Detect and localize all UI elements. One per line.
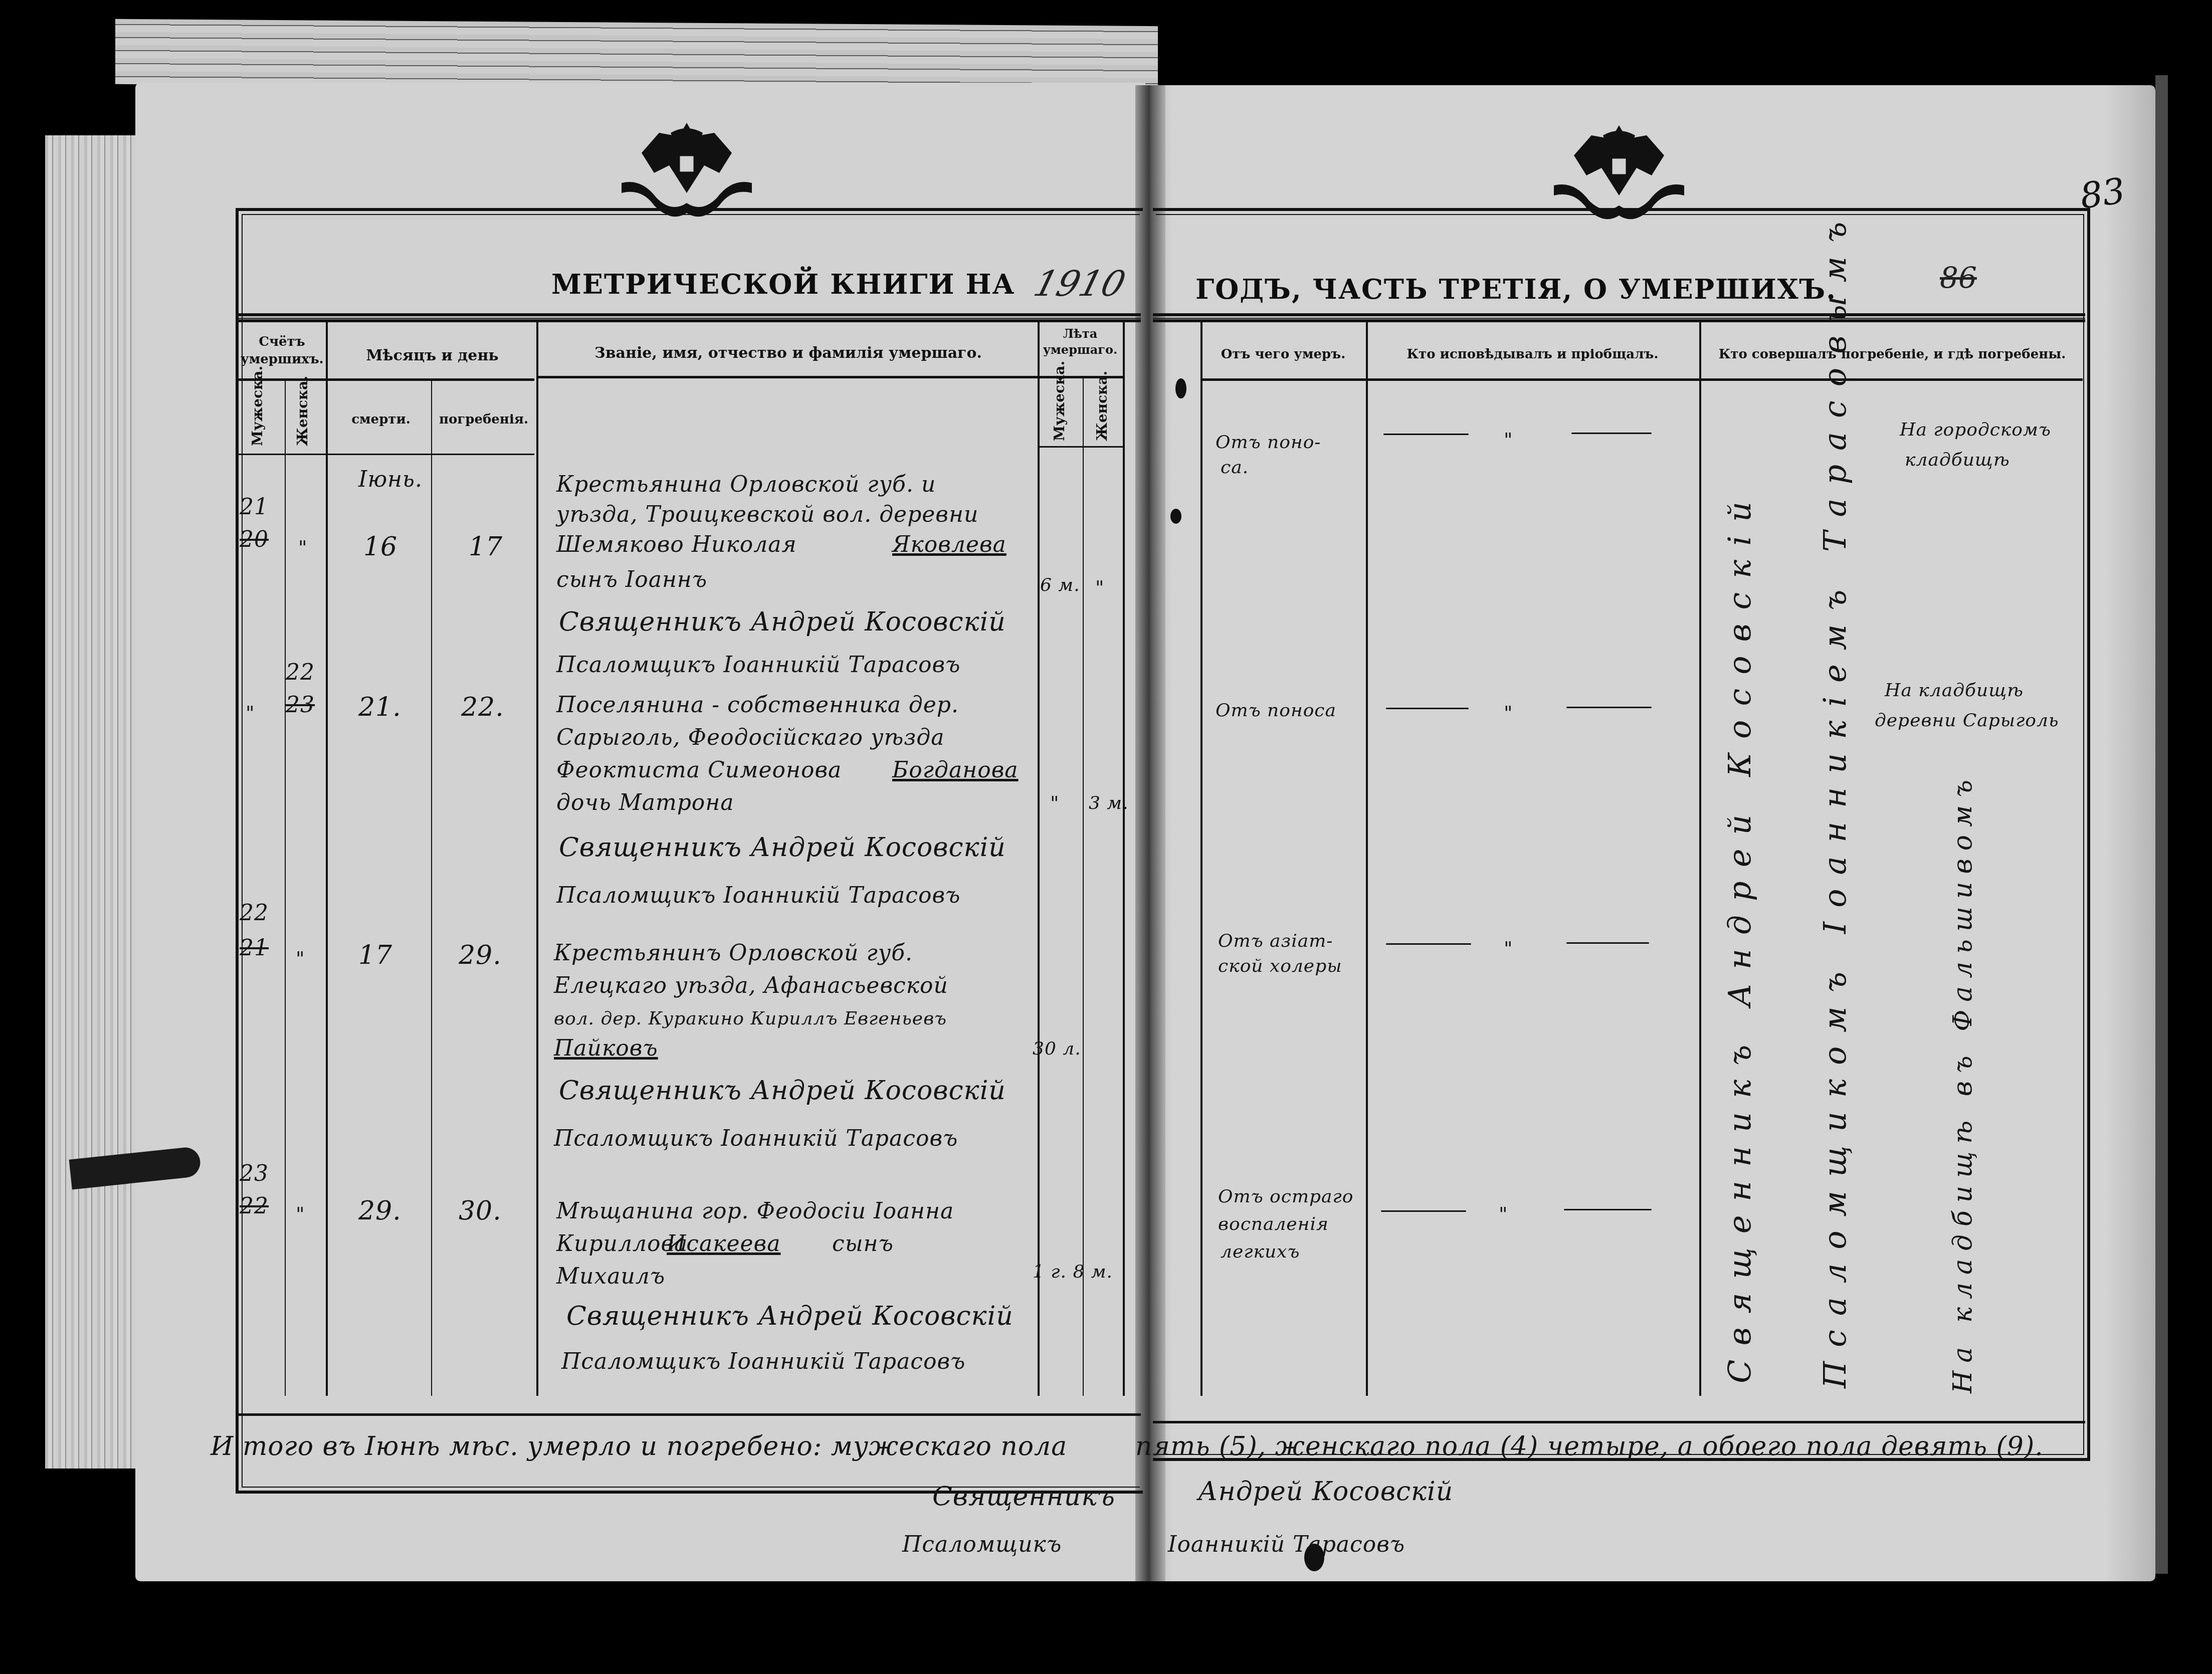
- surname: Богданова: [892, 757, 1019, 783]
- page-stack-left: [45, 135, 150, 1469]
- col-divider: [1123, 321, 1125, 1396]
- col-divider: [1038, 321, 1040, 1396]
- burial-place: деревни Сарыголь: [1875, 712, 2059, 730]
- age-male: ": [1050, 792, 1059, 814]
- death-day: 29.: [358, 1198, 401, 1224]
- page-title-left: Метрической книги на: [551, 268, 1015, 300]
- open-register-book: Метрической книги на 1910 годъ, часть тр…: [0, 0, 2212, 1674]
- ditto-mark: ": [1504, 429, 1512, 451]
- son-word: сынъ: [832, 1233, 894, 1255]
- signature-priest: Священникъ Андрей Косовскій: [559, 609, 1006, 635]
- header-burial-date: погребенія.: [434, 411, 534, 429]
- death-day: 16: [363, 534, 397, 560]
- name-line: Михаилъ: [556, 1266, 665, 1288]
- header-rule-right: [1153, 313, 2085, 322]
- cause-of-death: Отъ азіат-: [1218, 932, 1333, 950]
- age-male: 1 г. 8 м.: [1033, 1263, 1113, 1281]
- age-male: 30 л.: [1033, 1040, 1081, 1058]
- col-divider: [1200, 321, 1202, 1396]
- final-priest-name: Андрей Косовскій: [1198, 1479, 1453, 1505]
- name-line: сынъ Іоаннъ: [556, 569, 707, 591]
- header-month-day: Мѣсяцъ и день: [331, 346, 534, 366]
- name-line: Елецкаго уѣзда, Афанасьевской: [554, 975, 948, 997]
- death-number: 22: [240, 902, 269, 924]
- cause-of-death: воспаленія: [1218, 1215, 1329, 1233]
- female-number: ": [298, 536, 307, 558]
- signature-psalmist: Псаломщикъ Іоанникій Тарасовъ: [556, 885, 960, 907]
- name-line: Мѣщанина гор. Феодосіи Іоанна: [556, 1200, 954, 1222]
- name-line: Феоктиста Симеонова: [556, 759, 842, 781]
- signature-psalmist: Псаломщикъ Іоанникій Тарасовъ: [561, 1351, 965, 1373]
- male-number: ": [246, 702, 254, 724]
- ink-stain: [1170, 509, 1181, 524]
- burial-place: кладбищѣ: [1905, 451, 2010, 469]
- death-number: 21: [240, 496, 269, 518]
- subheader-divider: [1038, 446, 1123, 448]
- name-line: Крестьянинъ Орловской губ.: [554, 942, 913, 964]
- name-line: дочь Матрона: [556, 792, 734, 814]
- cause-of-death: ской холеры: [1218, 957, 1342, 975]
- death-number: 23: [240, 1163, 269, 1185]
- confessor-dash: [1381, 1210, 1466, 1212]
- ditto-mark: ": [1504, 937, 1512, 959]
- header-age-male: Мужеска.: [1050, 386, 1069, 441]
- age-female: ": [1095, 576, 1104, 598]
- death-number-old: 21: [240, 937, 269, 959]
- cause-of-death: са.: [1221, 459, 1249, 477]
- age-male: 6 м.: [1040, 576, 1080, 594]
- year-handwritten: 1910: [1030, 263, 1130, 304]
- col-divider: [326, 321, 328, 1396]
- table-bottom-rule: [239, 1413, 1141, 1416]
- col-divider: [1699, 321, 1701, 1396]
- surname: Исакеева: [667, 1231, 780, 1257]
- death-number-old: 20: [240, 529, 269, 551]
- page-title-right: годъ, часть третія, о умершихъ.: [1195, 273, 1837, 305]
- header-confessor: Кто исповѣдывалъ и пріобщалъ.: [1368, 346, 1697, 363]
- header-cause: Отъ чего умеръ.: [1203, 346, 1363, 363]
- burial-day: 17: [469, 534, 503, 560]
- burial-day: 30.: [459, 1198, 502, 1224]
- ink-stain: [1304, 1544, 1324, 1571]
- signature-psalmist: Псаломщикъ Іоанникій Тарасовъ: [556, 654, 960, 676]
- cause-of-death: Отъ поно-: [1216, 434, 1321, 452]
- header-divider: [239, 378, 534, 381]
- imperial-eagle-emblem-icon: [612, 118, 762, 218]
- burial-place: На кладбищѣ: [1885, 682, 2024, 700]
- header-burial: Кто совершалъ погребеніе, и гдѣ погребен…: [1702, 346, 2083, 363]
- female-number: ": [296, 1203, 304, 1225]
- death-day: 21.: [358, 694, 401, 720]
- confessor-dash: [1564, 1209, 1652, 1210]
- name-line: Сарыголь, Феодосійскаго уѣзда: [556, 727, 944, 749]
- confessor-dash: [1566, 942, 1649, 944]
- col-divider: [1083, 378, 1084, 1396]
- final-psalmist-name: Іоанникій Тарасовъ: [1168, 1534, 1405, 1556]
- burial-day: 29.: [459, 942, 502, 968]
- confessor-dash: [1386, 943, 1471, 945]
- name-line: Поселянина - собственника дер.: [556, 694, 959, 716]
- signature-priest: Священникъ Андрей Косовскій: [559, 1078, 1006, 1104]
- name-line: вол. дер. Куракино Кириллъ Евгеньевъ: [554, 1010, 947, 1028]
- cause-of-death: легкихъ: [1221, 1243, 1300, 1261]
- header-age-female: Женска.: [1093, 386, 1112, 441]
- header-name: Званіе, имя, отчество и фамилія умершаго…: [541, 343, 1035, 364]
- signature-psalmist: Псаломщикъ Іоанникій Тарасовъ: [554, 1128, 958, 1150]
- final-psalmist-label: Псаломщикъ: [902, 1534, 1062, 1556]
- age-female: 3 м.: [1089, 794, 1129, 812]
- month-label: Іюнь.: [358, 469, 423, 491]
- confessor-dash: [1566, 707, 1652, 708]
- summary-right: пять (5), женскаго пола (4) четыре, а об…: [1135, 1433, 2044, 1459]
- header-divider: [1200, 378, 2083, 381]
- death-number-old: 22: [240, 1195, 269, 1217]
- signature-priest: Священникъ Андрей Косовскій: [566, 1303, 1014, 1329]
- signature-priest: Священникъ Андрей Косовскій: [559, 834, 1006, 861]
- page-stack-top: [115, 19, 1158, 92]
- female-number: ": [296, 947, 304, 969]
- folio-number-old: 86: [1940, 261, 1977, 295]
- ditto-mark: ": [1504, 702, 1512, 724]
- header-death-date: смерти.: [331, 411, 431, 429]
- header-divider: [536, 376, 1123, 378]
- name-line: уѣзда, Троицкевской вол. деревни: [556, 504, 978, 526]
- header-death-count: Счётъ умершихъ.: [241, 333, 323, 368]
- subheader-divider: [239, 454, 534, 455]
- surname: Пайковъ: [554, 1035, 658, 1061]
- vertical-annotation-psalmist: Псаломщикомъ Іоанникіемъ Тарасовымъ: [1820, 411, 1851, 1388]
- cause-of-death: Отъ остраго: [1218, 1188, 1353, 1206]
- ink-stain: [1175, 378, 1186, 398]
- surname: Яковлева: [892, 532, 1007, 557]
- cause-of-death: Отъ поноса: [1216, 702, 1336, 720]
- header-male: Мужеска.: [248, 391, 267, 446]
- vertical-annotation-priest: Священникъ Андрей Косовскій: [1724, 431, 1755, 1383]
- name-line: Крестьянина Орловской губ. и: [556, 474, 936, 496]
- confessor-dash: [1571, 433, 1652, 434]
- final-priest-label: Священникъ: [932, 1484, 1115, 1510]
- burial-place-vertical: На кладбищѣ въ Фальшивомъ: [1950, 892, 1976, 1393]
- page-edge-shadow: [2155, 75, 2168, 1574]
- folio-number: 83: [2078, 170, 2128, 217]
- confessor-dash: [1386, 708, 1469, 709]
- death-number: 22: [286, 662, 315, 684]
- header-rule-left: [239, 313, 1141, 322]
- name-line: Шемяково Николая: [556, 534, 797, 556]
- burial-place: На городскомъ: [1900, 421, 2051, 439]
- table-bottom-rule: [1153, 1421, 2085, 1423]
- death-day: 17: [358, 942, 392, 968]
- header-age: Лѣта умершаго.: [1040, 326, 1120, 358]
- burial-day: 22.: [461, 694, 504, 720]
- header-female: Женска.: [293, 391, 312, 446]
- ditto-mark: ": [1499, 1203, 1507, 1225]
- col-divider: [285, 378, 286, 1396]
- confessor-dash: [1383, 434, 1469, 435]
- col-divider: [536, 321, 538, 1396]
- col-divider: [431, 378, 432, 1396]
- summary-left: И того въ Іюнѣ мѣс. умерло и погребено: …: [211, 1433, 1067, 1459]
- col-divider: [1366, 321, 1368, 1396]
- death-number-old: 23: [286, 694, 315, 716]
- imperial-eagle-emblem-icon: [1544, 120, 1694, 221]
